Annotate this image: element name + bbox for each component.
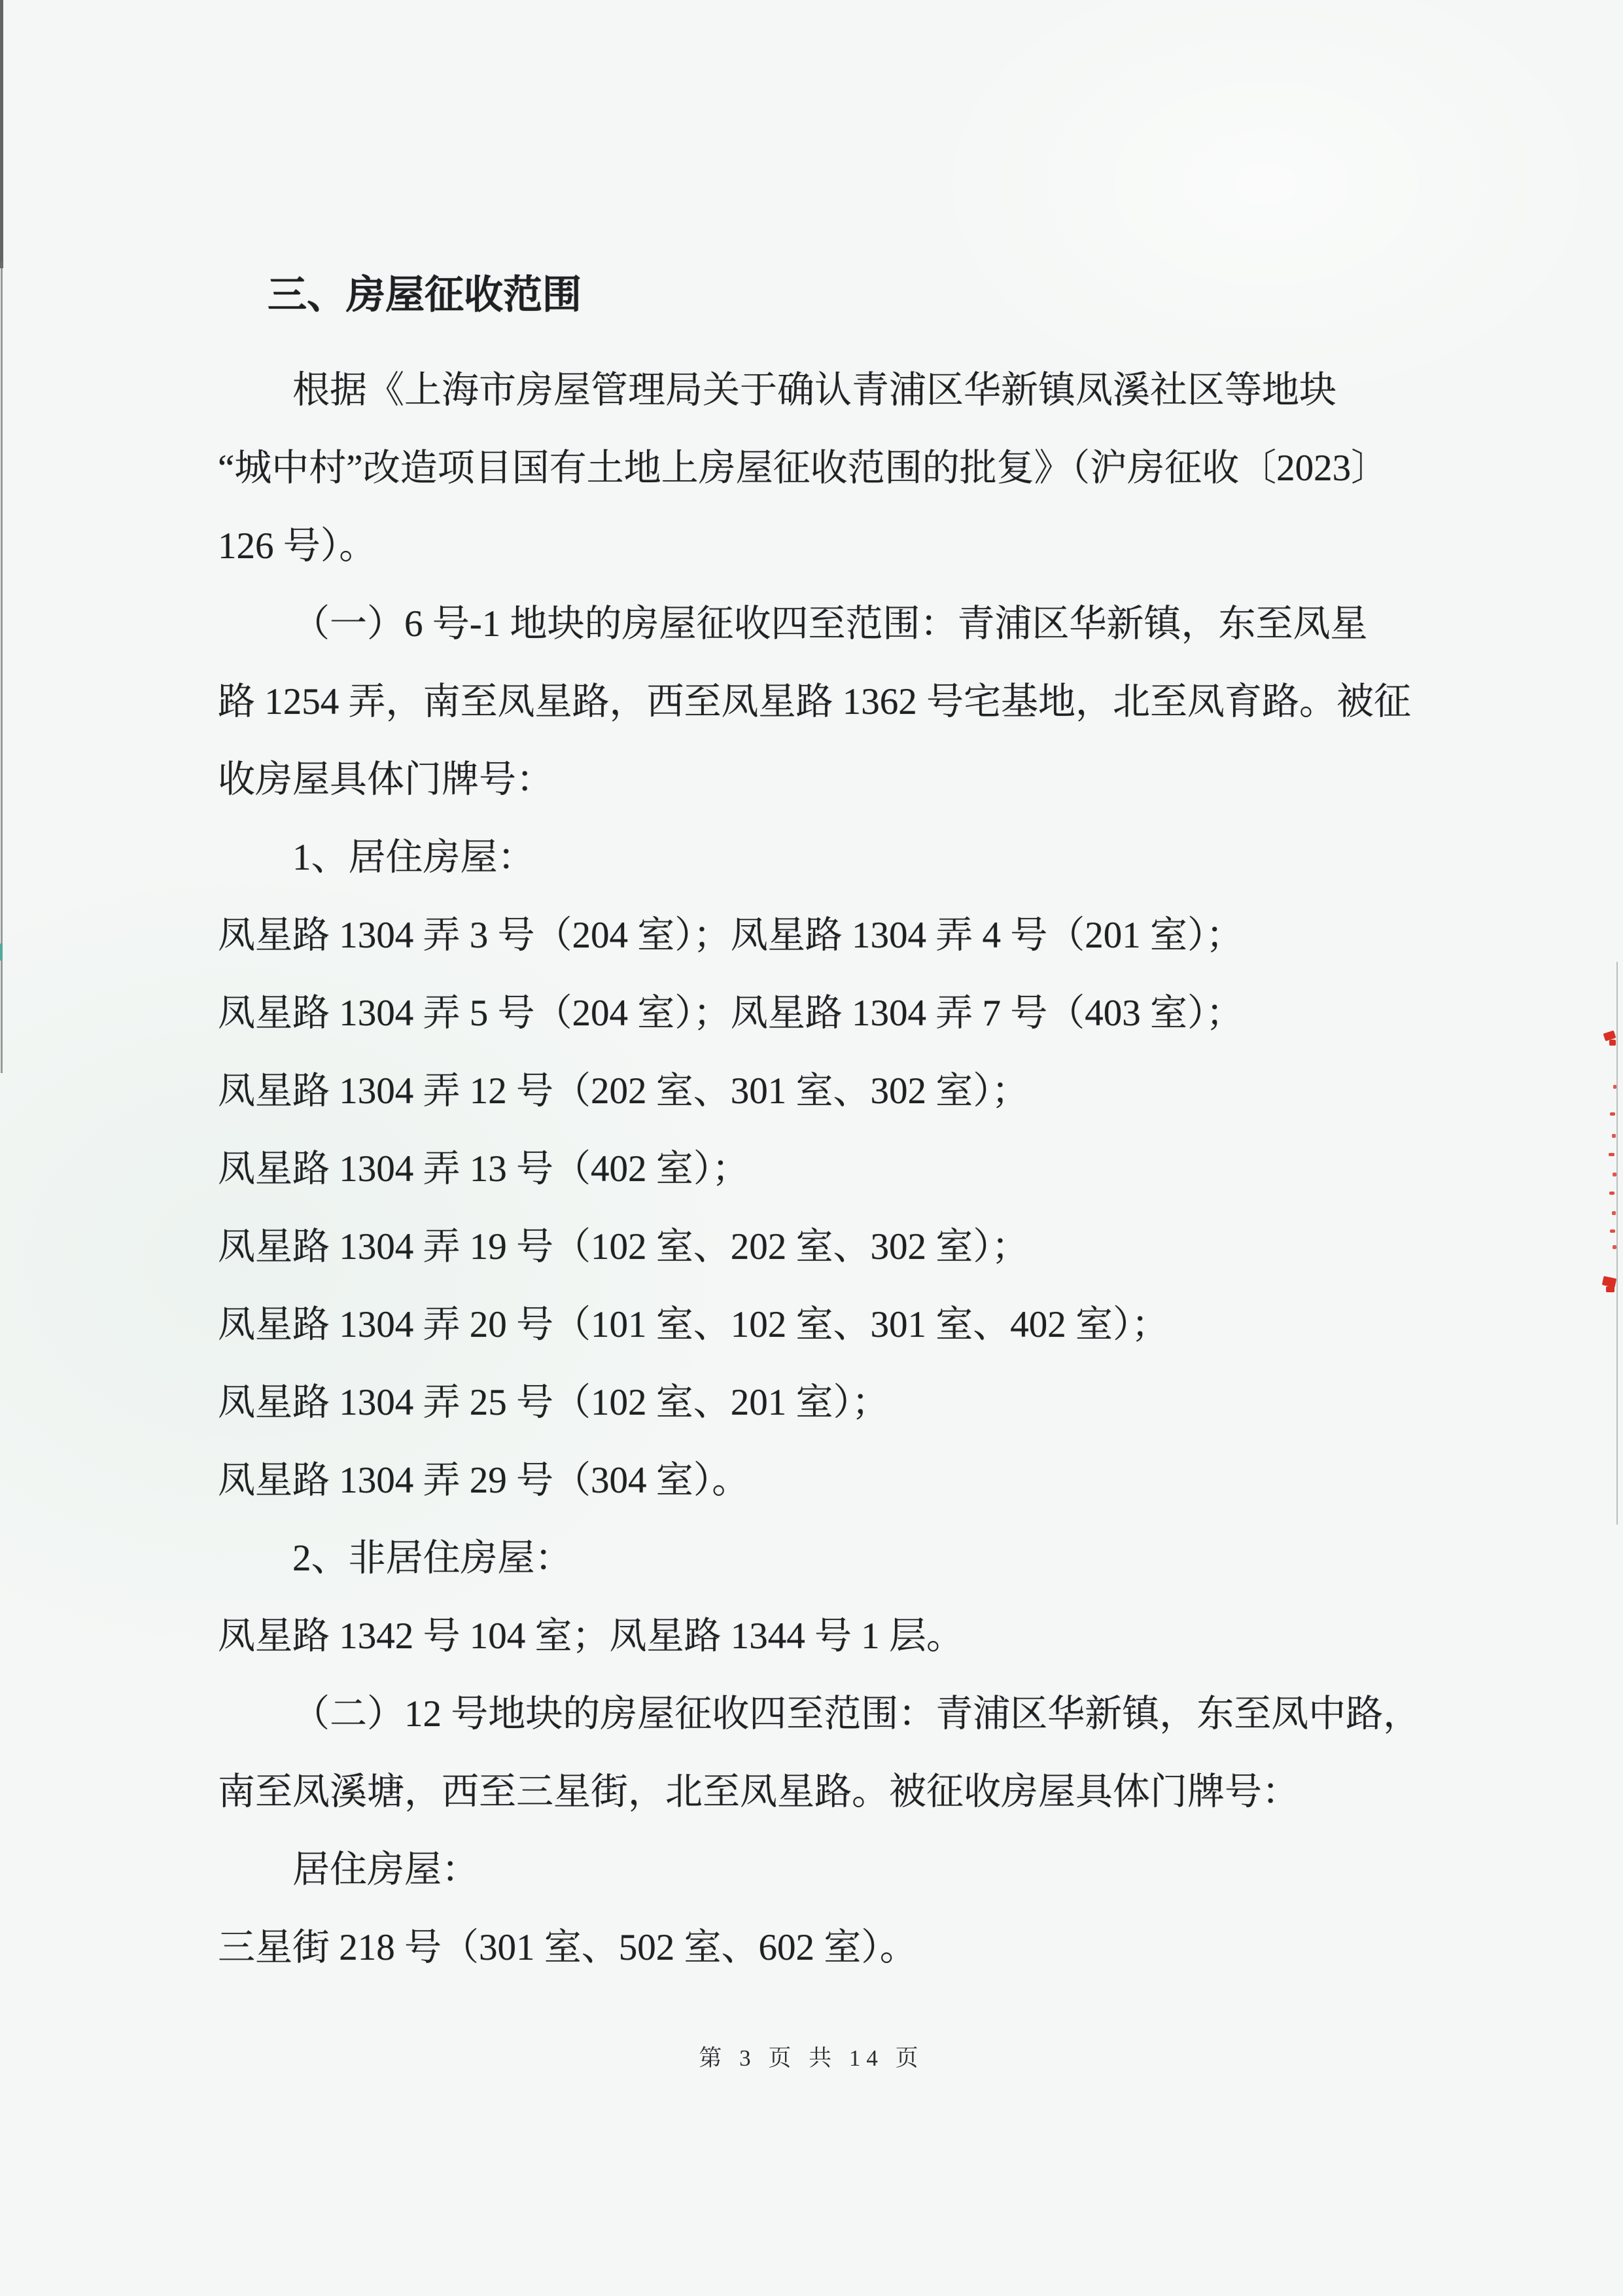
- text-line: 凤星路 1304 弄 3 号（204 室）；凤星路 1304 弄 4 号（201…: [218, 896, 1410, 974]
- text-line: 2、非居住房屋：: [218, 1519, 1410, 1597]
- text-line: 居住房屋：: [218, 1831, 1410, 1909]
- text-line: 凤星路 1304 弄 5 号（204 室）；凤星路 1304 弄 7 号（403…: [218, 974, 1410, 1052]
- scan-red-mark: [1609, 1192, 1614, 1195]
- scan-red-mark: [1612, 1134, 1616, 1138]
- text-line: 三星街 218 号（301 室、502 室、602 室）。: [218, 1909, 1410, 1987]
- text-line: 凤星路 1304 弄 20 号（101 室、102 室、301 室、402 室）…: [218, 1286, 1410, 1364]
- scan-red-mark: [1609, 1040, 1616, 1046]
- scan-edge-line-right: [1616, 962, 1618, 1525]
- scan-red-mark: [1612, 1211, 1616, 1215]
- scan-red-mark: [1613, 1245, 1616, 1249]
- document-page: 三、房屋征收范围 根据《上海市房屋管理局关于确认青浦区华新镇凤溪社区等地块“城中…: [0, 0, 1623, 2296]
- document-body: 三、房屋征收范围 根据《上海市房屋管理局关于确认青浦区华新镇凤溪社区等地块“城中…: [218, 256, 1410, 1987]
- text-line: 1、居住房屋：: [218, 819, 1410, 896]
- text-line: “城中村”改造项目国有土地上房屋征收范围的批复》（沪房征收〔2023〕: [218, 429, 1410, 507]
- scan-red-mark: [1613, 1085, 1616, 1089]
- text-line: 根据《上海市房屋管理局关于确认青浦区华新镇凤溪社区等地块: [218, 351, 1410, 429]
- text-line: （一）6 号-1 地块的房屋征收四至范围：青浦区华新镇，东至凤星: [218, 585, 1410, 663]
- scan-red-mark: [1610, 1229, 1615, 1233]
- text-line: 凤星路 1304 弄 25 号（102 室、201 室）；: [218, 1364, 1410, 1441]
- text-line: 凤星路 1304 弄 29 号（304 室）。: [218, 1441, 1410, 1519]
- text-line: 南至凤溪塘，西至三星街，北至凤星路。被征收房屋具体门牌号：: [218, 1753, 1410, 1831]
- text-line: （二）12 号地块的房屋征收四至范围：青浦区华新镇，东至凤中路，: [218, 1675, 1410, 1753]
- scan-red-mark: [1609, 1153, 1614, 1156]
- scan-edge-tick-green: [0, 944, 3, 961]
- text-line: 凤星路 1304 弄 19 号（102 室、202 室、302 室）；: [218, 1208, 1410, 1286]
- page-footer: 第 3 页 共 14 页: [0, 2040, 1623, 2073]
- text-line: 收房屋具体门牌号：: [218, 741, 1410, 819]
- scan-red-mark: [1613, 1173, 1616, 1176]
- text-line: 路 1254 弄，南至凤星路，西至凤星路 1362 号宅基地，北至凤育路。被征: [218, 663, 1410, 741]
- text-line: 凤星路 1342 号 104 室；凤星路 1344 号 1 层。: [218, 1597, 1410, 1675]
- text-line: 凤星路 1304 弄 12 号（202 室、301 室、302 室）；: [218, 1052, 1410, 1130]
- scan-red-mark: [1610, 1112, 1615, 1116]
- text-line: 126 号）。: [218, 507, 1410, 585]
- section-heading: 三、房屋征收范围: [218, 256, 1410, 334]
- text-line: 凤星路 1304 弄 13 号（402 室）；: [218, 1130, 1410, 1208]
- paragraph-container: 根据《上海市房屋管理局关于确认青浦区华新镇凤溪社区等地块“城中村”改造项目国有土…: [218, 351, 1410, 1987]
- scan-red-mark: [1606, 1286, 1614, 1292]
- scan-edge-line-left-dark: [0, 0, 3, 268]
